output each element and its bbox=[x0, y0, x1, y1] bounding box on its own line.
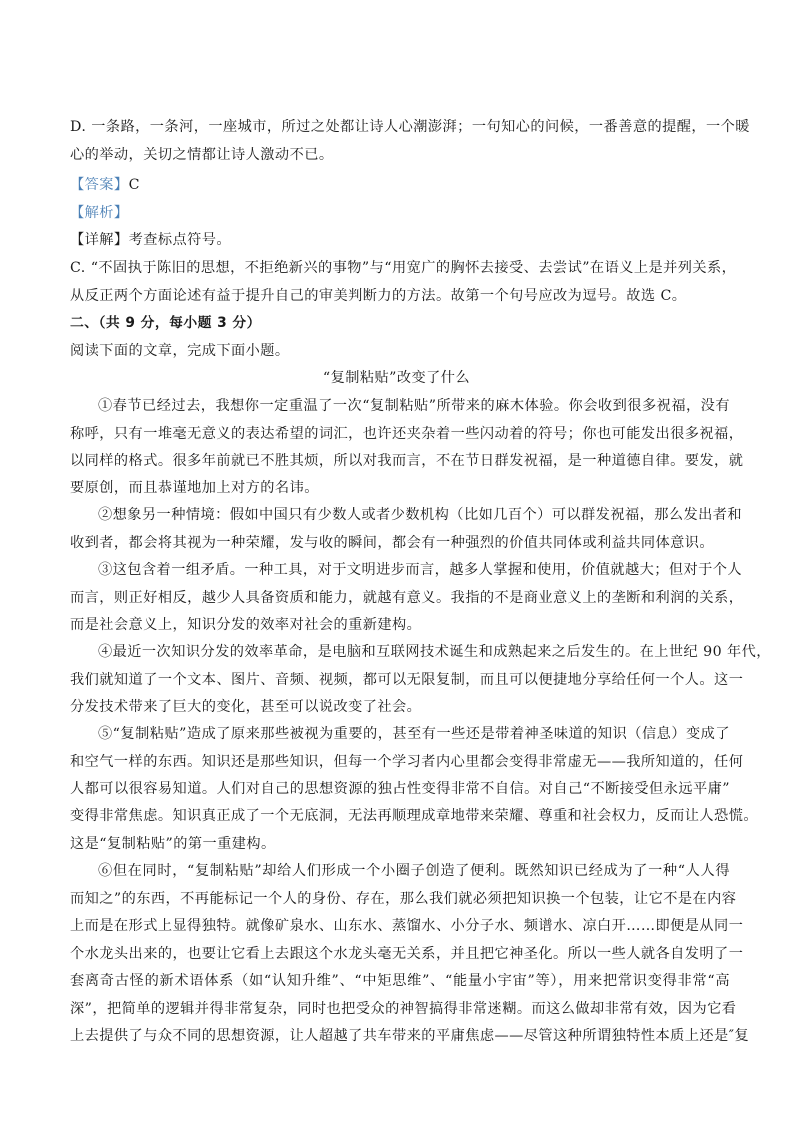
paragraph-line: 个水龙头出来的，也要让它看上去跟这个水龙头毫无关系，并且把它神圣化。所以一些人就… bbox=[70, 944, 730, 964]
paragraph-line: 分发技术带来了巨大的变化，甚至可以说改变了社会。 bbox=[70, 697, 730, 717]
document-page: D. 一条路，一条河，一座城市，所过之处都让诗人心潮澎湃；一句知心的问候，一番善… bbox=[0, 0, 793, 1122]
paragraph-line: 称呼，只有一堆毫无意义的表达希望的词汇，也许还夹杂着一些闪动着的符号；你也可能发… bbox=[70, 424, 730, 444]
answer-row: 【答案】C bbox=[70, 175, 730, 195]
paragraph-line: 人都可以很容易知道。人们对自己的思想资源的独占性变得非常不自信。对自己“不断接受… bbox=[70, 779, 730, 799]
paragraph-line: 和空气一样的东西。知识还是那些知识，但每一个学习者内心里都会变得非常虚无——我所… bbox=[70, 752, 730, 772]
analysis-label: 【解析】 bbox=[70, 205, 129, 221]
answer-label: 【答案】 bbox=[70, 177, 129, 193]
article-title: “复制粘贴”改变了什么 bbox=[0, 368, 793, 388]
paragraph-line: ④最近一次知识分发的效率革命，是电脑和互联网技术诞生和成熟起来之后发生的。在上世… bbox=[98, 642, 730, 662]
paragraph-line: 套离奇古怪的新术语体系（如“认知升维”、“中矩思维”、“能量小宇宙”等），用来把… bbox=[70, 971, 730, 991]
paragraph-line: 深”，把简单的逻辑并得非常复杂，同时也把受众的神智搞得非常迷糊。而这么做却非常有… bbox=[70, 999, 730, 1019]
paragraph-line: ⑤“复制粘贴”造成了原来那些被视为重要的，甚至有一些还是带着神圣味道的知识（信息… bbox=[98, 724, 730, 744]
option-d-line-1: D. 一条路，一条河，一座城市，所过之处都让诗人心潮澎湃；一句知心的问候，一番善… bbox=[70, 117, 730, 137]
answer-value: C bbox=[129, 177, 140, 193]
paragraph-line: 而言，则正好相反，越少人具备资质和能力，就越有意义。我指的不是商业意义上的垄断和… bbox=[70, 588, 730, 608]
detail-line-1: C. “不固执于陈旧的思想，不拒绝新兴的事物”与“用宽广的胸怀去接受、去尝试”在… bbox=[70, 258, 730, 278]
paragraph-line: ⑥但在同时，“复制粘贴”却给人们形成一个小圈子创造了便利。既然知识已经成为了一种… bbox=[98, 861, 730, 881]
detail-text: 考查标点符号。 bbox=[129, 232, 231, 248]
paragraph-line: 而知之”的东西，不再能标记一个人的身份、存在，那么我们就必须把知识换一个包装，让… bbox=[70, 889, 730, 909]
paragraph-line: 而是社会意义上，知识分发的效率对社会的重新建构。 bbox=[70, 615, 730, 635]
paragraph-line: 这是“复制粘贴”的第一重建构。 bbox=[70, 834, 730, 854]
paragraph-line: 我们就知道了一个文本、图片、音频、视频，都可以无限复制，而且可以便捷地分享给任何… bbox=[70, 670, 730, 690]
paragraph-line: 上去提供了与众不同的思想资源，让人超越了共车带来的平庸焦虑——尽管这种所谓独特性… bbox=[70, 1026, 730, 1046]
paragraph-line: 上而是在形式上显得独特。就像矿泉水、山东水、蒸馏水、小分子水、频谱水、凉白开……… bbox=[70, 916, 730, 936]
section-instruction: 阅读下面的文章，完成下面小题。 bbox=[70, 341, 730, 361]
detail-line-2: 从反正两个方面论述有益于提升自己的审美判断力的方法。故第一个句号应改为逗号。故选… bbox=[70, 286, 730, 306]
detail-label: 【详解】 bbox=[70, 232, 129, 248]
paragraph-line: ①春节已经过去，我想你一定重温了一次“复制粘贴”所带来的麻木体验。你会收到很多祝… bbox=[98, 396, 730, 416]
paragraph-line: 收到者，都会将其视为一种荣耀，发与收的瞬间，都会有一种强烈的价值共同体或利益共同… bbox=[70, 533, 730, 553]
paragraph-line: 变得非常焦虑。知识真正成了一个无底洞，无法再顺理成章地带来荣耀、尊重和社会权力，… bbox=[70, 806, 730, 826]
paragraph-line: 要原创，而且恭谨地加上对方的名讳。 bbox=[70, 478, 730, 498]
section-heading: 二、（共 9 分，每小题 3 分） bbox=[70, 313, 730, 333]
paragraph-line: 以同样的格式。很多年前就已不胜其烦，所以对我而言，不在节日群发祝福，是一种道德自… bbox=[70, 451, 730, 471]
detail-row: 【详解】考查标点符号。 bbox=[70, 230, 730, 250]
analysis-row: 【解析】 bbox=[70, 203, 730, 223]
paragraph-line: ③这包含着一组矛盾。一种工具，对于文明进步而言，越多人掌握和使用，价值就越大；但… bbox=[98, 560, 730, 580]
paragraph-line: ②想象另一种情境：假如中国只有少数人或者少数机构（比如几百个）可以群发祝福，那么… bbox=[98, 505, 730, 525]
option-d-line-2: 心的举动，关切之情都让诗人激动不已。 bbox=[70, 145, 730, 165]
